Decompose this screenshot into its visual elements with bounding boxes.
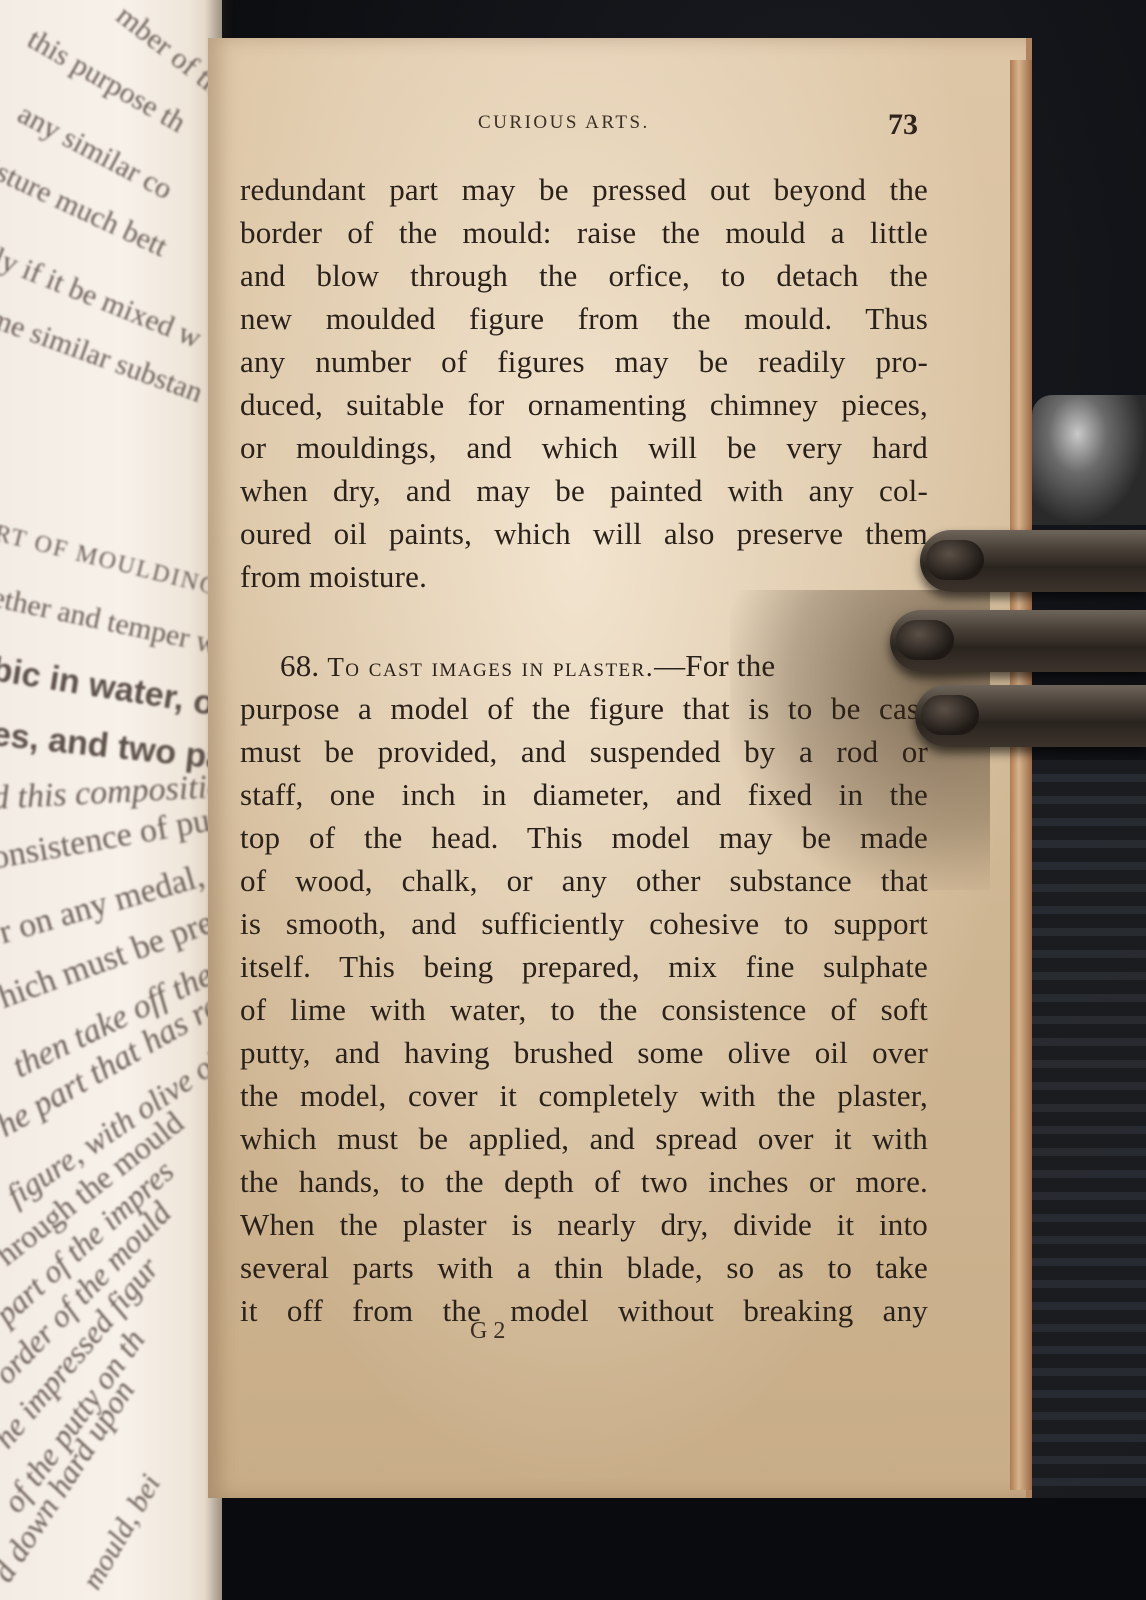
running-head: CURIOUS ARTS. — [478, 112, 650, 134]
text-line: which must be applied, and spread over i… — [240, 1121, 928, 1157]
text-line: it off from the model without breaking a… — [240, 1293, 928, 1329]
text-line: putty, and having brushed some olive oil… — [240, 1035, 928, 1071]
finger — [920, 530, 1146, 592]
left-facing-page: mber of thes this purpose th any similar… — [0, 0, 222, 1600]
text-line: several parts with a thin blade, so as t… — [240, 1250, 928, 1286]
text-line: any number of figures may be readily pro… — [240, 344, 928, 380]
signature-mark: G 2 — [470, 1318, 505, 1345]
text-line: redundant part may be pressed out beyond… — [240, 172, 928, 208]
section-number: 68. — [280, 648, 319, 683]
finger — [915, 685, 1146, 747]
text-line: or mouldings, and which will be very har… — [240, 430, 928, 466]
page-number: 73 — [888, 108, 918, 142]
fingernail — [896, 620, 954, 660]
text-line: itself. This being prepared, mix fine su… — [240, 949, 928, 985]
section-title: To cast images in plaster. — [327, 652, 654, 682]
background-fabric — [1032, 760, 1146, 1600]
page-edge — [1010, 60, 1032, 1490]
text-line: is smooth, and sufficiently cohesive to … — [240, 906, 928, 942]
fingernail — [921, 695, 979, 735]
dark-foreground — [222, 1498, 1146, 1600]
text-line: new moulded figure from the mould. Thus — [240, 301, 928, 337]
text-line: duced, suitable for ornamenting chimney … — [240, 387, 928, 423]
text-line: the hands, to the depth of two inches or… — [240, 1164, 928, 1200]
fingernail — [926, 540, 984, 580]
text-line: of lime with water, to the consistence o… — [240, 992, 928, 1028]
finger — [890, 610, 1146, 672]
text-line: the model, cover it completely with the … — [240, 1078, 928, 1114]
text-line: When the plaster is nearly dry, divide i… — [240, 1207, 928, 1243]
text-line: and blow through the orfice, to detach t… — [240, 258, 928, 294]
text-line: oured oil paints, which will also preser… — [240, 516, 928, 552]
facing-page-line: mould, bei — [75, 1469, 168, 1596]
text-line: border of the mould: raise the mould a l… — [240, 215, 928, 251]
metal-ring — [1032, 395, 1146, 525]
hand-holding-book — [920, 520, 1146, 750]
text-line: when dry, and may be painted with any co… — [240, 473, 928, 509]
